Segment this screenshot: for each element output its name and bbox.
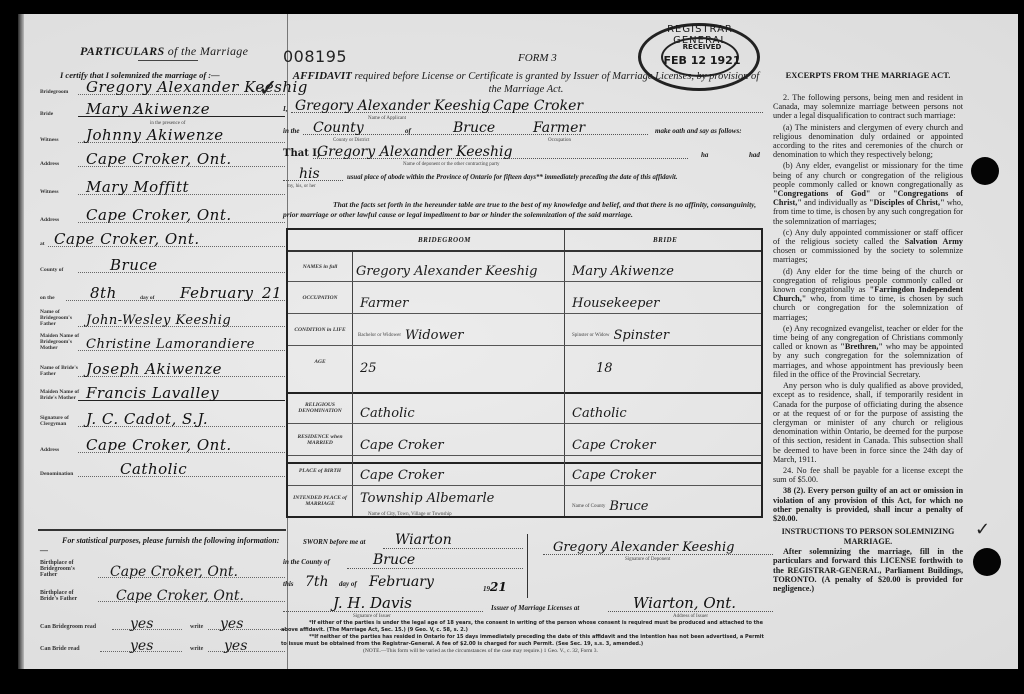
table-row-age: AGE 25 18 <box>288 346 761 378</box>
field-witness-1: Witness Johnny Akiwenze <box>40 124 285 146</box>
applicant-occupation: Farmer <box>533 120 585 136</box>
serial-number: 008195 <box>283 47 347 66</box>
form-note: (NOTE.—This form will be varied as the c… <box>363 648 598 654</box>
field-county: County of Bruce <box>40 254 285 276</box>
footnote-residence: **If neither of the parties has resided … <box>281 634 771 648</box>
checkmark-icon: ✓ <box>975 519 990 540</box>
field-groom-father: Name of Bridegroom's Father John-Wesley … <box>40 308 285 330</box>
abode-line: his usual place of abode within the Prov… <box>283 164 763 184</box>
table-row-condition: CONDITION in LIFE Bachelor or WidowerWid… <box>288 314 761 346</box>
instructions-title: INSTRUCTIONS TO PERSON SOLEMNIZING MARRI… <box>773 527 963 547</box>
field-groom-father-birthplace: Birthplace of Bridegroom's Father Cape C… <box>40 562 285 582</box>
punch-hole-top <box>971 157 999 185</box>
field-witness-2: Witness Mary Moffitt <box>40 176 285 198</box>
stats-divider <box>38 529 286 531</box>
header-bridegroom: BRIDEGROOM <box>418 236 471 244</box>
sworn-place: Wiarton <box>395 532 452 548</box>
field-clergyman-signature: Signature of Clergyman J. C. Cadot, S.J. <box>40 408 285 430</box>
sworn-block: SWORN before me at Wiarton in the County… <box>283 534 528 598</box>
punch-hole-bottom <box>973 548 1001 576</box>
table-row-birthplace: PLACE of BIRTH Cape Croker Cape Croker <box>288 456 761 486</box>
checkmark-icon: ✓ <box>258 74 278 102</box>
field-witness-1-address: Address Cape Croker, Ont. <box>40 148 285 170</box>
particulars-section: PARTICULARS of the Marriage I certify th… <box>38 14 288 669</box>
field-bridegroom: Bridegroom Gregory Alexander Keeshig <box>40 76 285 98</box>
particulars-table: BRIDEGROOM BRIDE NAMES in full Gregory A… <box>286 228 763 394</box>
field-bride-father-birthplace: Birthplace of Bride's Father Cape Croker… <box>40 586 285 606</box>
marriage-record-page: PARTICULARS of the Marriage I certify th… <box>18 14 1018 669</box>
field-bride: Bride Mary Akiwenze in the presence of <box>40 98 285 120</box>
table-row-residence: RESIDENCE when MARRIED Cape Croker Cape … <box>288 424 761 456</box>
table-row-denomination: RELIGIOUS DENOMINATION Catholic Catholic <box>288 392 761 424</box>
field-witness-2-address: Address Cape Croker, Ont. <box>40 204 285 226</box>
table-row-occupation: OCCUPATION Farmer Housekeeper <box>288 282 761 314</box>
page-edge-shadow <box>18 14 24 669</box>
registrar-general-stamp: REGISTRAR GENERAL RECEIVED FEB 12 1921 <box>638 23 760 91</box>
issuer-signature: J. H. Davis <box>333 594 412 612</box>
table-header: BRIDEGROOM BRIDE <box>288 230 761 252</box>
applicant-place: Cape Croker <box>493 98 583 114</box>
county-name: Bruce <box>453 120 495 136</box>
particulars-title: PARTICULARS of the Marriage <box>80 44 248 59</box>
field-groom-mother: Maiden Name of Bridegroom's Mother Chris… <box>40 332 285 354</box>
sworn-county: Bruce <box>373 552 415 568</box>
deponent-name: Gregory Alexander Keeshig <box>317 144 512 160</box>
deponent-signature: Gregory Alexander Keeshig <box>553 540 734 555</box>
affidavit-section: 008195 FORM 3 AFFIDAVIT required before … <box>273 14 778 669</box>
stats-intro: For statistical purposes, please furnish… <box>40 536 285 556</box>
table-row-intended-place: INTENDED PLACE of MARRIAGE Township Albe… <box>288 486 761 516</box>
field-bride-literacy: Can Bride read yes write yes <box>40 636 285 656</box>
field-bride-father: Name of Bride's Father Joseph Akiwenze <box>40 358 285 380</box>
header-bride: BRIDE <box>653 236 677 244</box>
footnote-age: *If either of the parties is under the l… <box>281 620 771 634</box>
stamp-date: FEB 12 1921 <box>663 54 741 67</box>
particulars-table-lower: RELIGIOUS DENOMINATION Catholic Catholic… <box>286 392 763 518</box>
issuer-address: Wiarton, Ont. <box>633 594 736 612</box>
sworn-day: 7th <box>305 574 329 590</box>
county-line: in the County of Bruce Farmer make oath … <box>283 118 763 138</box>
applicant-line: I, Gregory Alexander Keeshig Cape Croker… <box>283 96 763 116</box>
pronoun-value: his <box>299 166 320 182</box>
bride-value: Mary Akiwenze <box>86 100 210 118</box>
field-clergyman-address: Address Cape Croker, Ont. <box>40 434 285 456</box>
field-date: on the 8th day of February 21 <box>40 282 285 304</box>
excerpts-title: EXCERPTS FROM THE MARRIAGE ACT. <box>770 70 966 80</box>
field-groom-literacy: Can Bridegroom read yes write yes <box>40 614 285 634</box>
field-place: at Cape Croker, Ont. <box>40 228 285 250</box>
field-denomination: Denomination Catholic <box>40 458 285 480</box>
field-bride-mother: Maiden Name of Bride's Mother Francis La… <box>40 382 285 404</box>
excerpts-section: EXCERPTS FROM THE MARRIAGE ACT. 2. The f… <box>770 14 966 669</box>
applicant-name: Gregory Alexander Keeshig <box>295 98 490 114</box>
sworn-month: February <box>369 574 434 590</box>
instructions-body: After solemnizing the marriage, fill in … <box>773 547 963 593</box>
table-row-names: NAMES in full Gregory Alexander Keeshig … <box>288 252 761 282</box>
excerpts-body: 2. The following persons, being men and … <box>773 93 963 595</box>
deponent-line: That I, Gregory Alexander Keeshig ha had… <box>283 142 763 162</box>
facts-statement: That the facts set forth in the hereunde… <box>283 200 768 220</box>
title-rule <box>138 60 198 61</box>
form-number: FORM 3 <box>518 52 557 64</box>
